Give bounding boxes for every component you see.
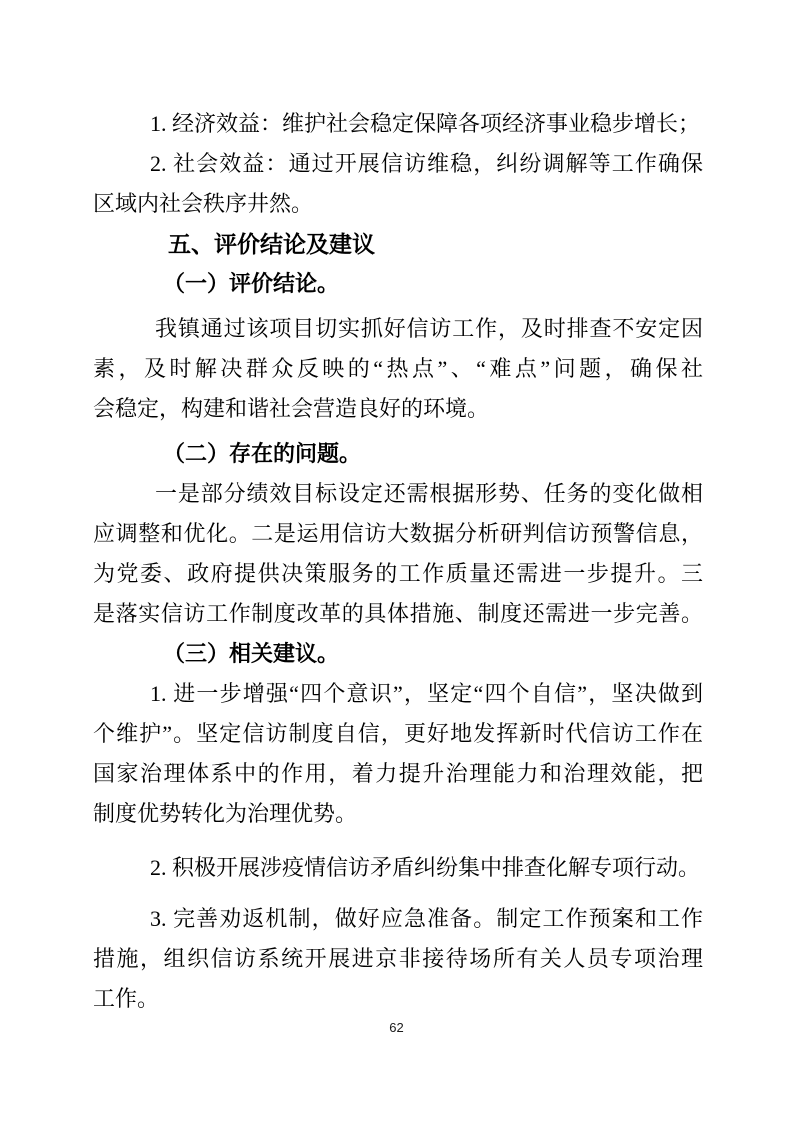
text-line: 工作。 bbox=[93, 979, 703, 1019]
document-body: 1. 经济效益：维护社会稳定保障各项经济事业稳步增长；2. 社会效益：通过开展信… bbox=[93, 104, 703, 1019]
para-problems: 一是部分绩效目标设定还需根据形势、任务的变化做相应调整和优化。二是运用信访大数据… bbox=[93, 474, 703, 634]
para-suggestion-1: 1. 进一步增强“四个意识”，坚定“四个自信”，坚决做到“两个维护”。坚定信访制… bbox=[93, 674, 703, 834]
text-line: 一是部分绩效目标设定还需根据形势、任务的变化做相 bbox=[93, 474, 703, 514]
text-line: 个维护”。坚定信访制度自信，更好地发挥新时代信访工作在 bbox=[93, 714, 703, 754]
page-number: 62 bbox=[0, 1020, 793, 1035]
heading-section-5: 五、评价结论及建议 bbox=[93, 224, 703, 264]
text-line: 为党委、政府提供决策服务的工作质量还需进一步提升。三 bbox=[93, 554, 703, 594]
para-suggestion-2: 2. 积极开展涉疫情信访矛盾纠纷集中排查化解专项行动。 bbox=[93, 848, 703, 888]
heading-5-3: （三）相关建议。 bbox=[93, 634, 703, 674]
text-line: 素，及时解决群众反映的“热点”、“难点”问题，确保社 bbox=[93, 349, 703, 389]
para-suggestion-3: 3. 完善劝返机制，做好应急准备。制定工作预案和工作措施，组织信访系统开展进京非… bbox=[93, 899, 703, 1019]
text-line: 是落实信访工作制度改革的具体措施、制度还需进一步完善。 bbox=[93, 594, 703, 634]
text-line: （一）评价结论。 bbox=[93, 264, 703, 304]
text-line: 区域内社会秩序井然。 bbox=[93, 184, 703, 224]
text-line: 制度优势转化为治理优势。 bbox=[93, 794, 703, 834]
text-line: 1. 进一步增强“四个意识”，坚定“四个自信”，坚决做到“两 bbox=[93, 674, 703, 714]
heading-5-2: （二）存在的问题。 bbox=[93, 434, 703, 474]
text-line: （二）存在的问题。 bbox=[93, 434, 703, 474]
text-line: 应调整和优化。二是运用信访大数据分析研判信访预警信息， bbox=[93, 514, 703, 554]
document-page: 1. 经济效益：维护社会稳定保障各项经济事业稳步增长；2. 社会效益：通过开展信… bbox=[0, 0, 793, 1122]
text-line: 2. 社会效益：通过开展信访维稳，纠纷调解等工作确保 bbox=[93, 144, 703, 184]
text-line: 1. 经济效益：维护社会稳定保障各项经济事业稳步增长； bbox=[93, 104, 703, 144]
heading-5-1: （一）评价结论。 bbox=[93, 264, 703, 304]
text-line: （三）相关建议。 bbox=[93, 634, 703, 674]
text-line: 会稳定，构建和谐社会营造良好的环境。 bbox=[93, 389, 703, 429]
text-line: 措施，组织信访系统开展进京非接待场所有关人员专项治理 bbox=[93, 939, 703, 979]
text-line: 3. 完善劝返机制，做好应急准备。制定工作预案和工作 bbox=[93, 899, 703, 939]
para-social-benefit: 2. 社会效益：通过开展信访维稳，纠纷调解等工作确保区域内社会秩序井然。 bbox=[93, 144, 703, 224]
text-line: 2. 积极开展涉疫情信访矛盾纠纷集中排查化解专项行动。 bbox=[93, 848, 703, 888]
para-conclusion: 我镇通过该项目切实抓好信访工作，及时排查不安定因素，及时解决群众反映的“热点”、… bbox=[93, 309, 703, 429]
text-line: 五、评价结论及建议 bbox=[93, 224, 703, 264]
text-line: 国家治理体系中的作用，着力提升治理能力和治理效能，把 bbox=[93, 754, 703, 794]
text-line: 我镇通过该项目切实抓好信访工作，及时排查不安定因 bbox=[93, 309, 703, 349]
para-economic-benefit: 1. 经济效益：维护社会稳定保障各项经济事业稳步增长； bbox=[93, 104, 703, 144]
